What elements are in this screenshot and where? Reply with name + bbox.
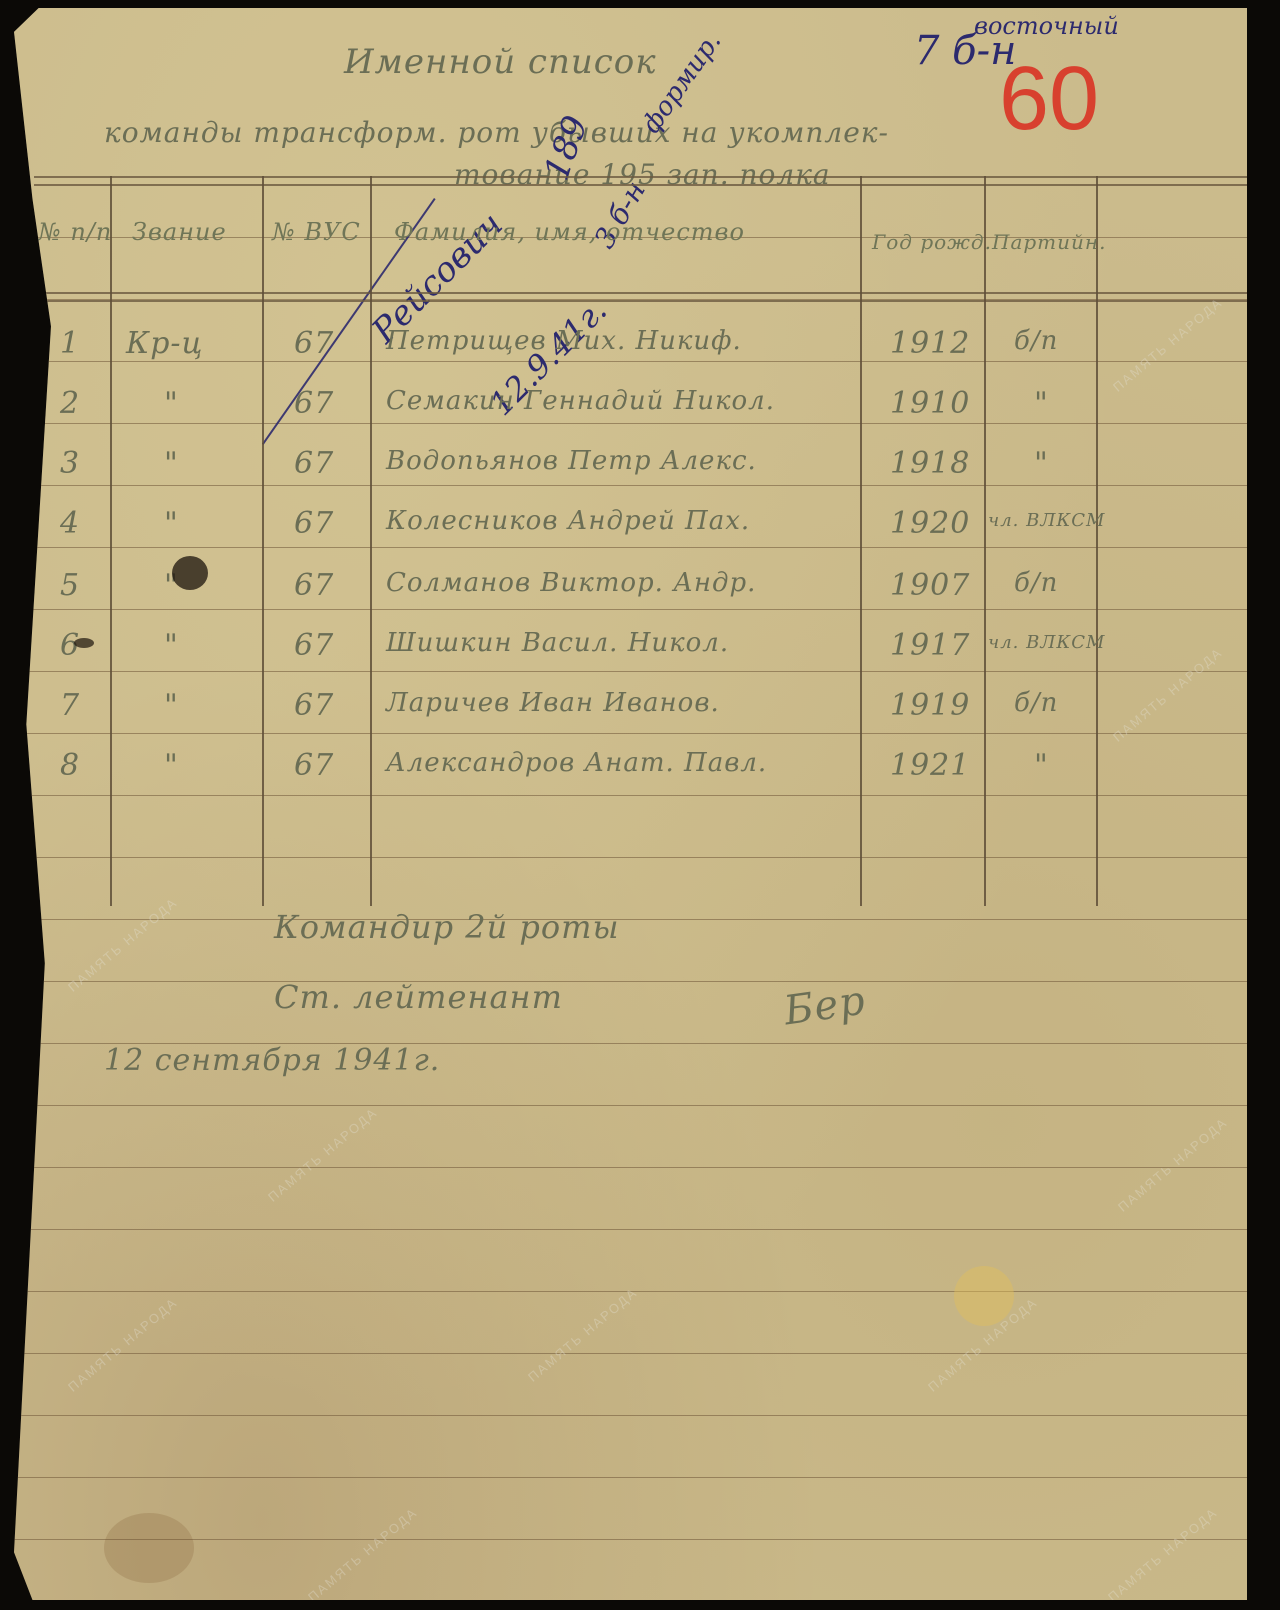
row-name: Петрищев Мих. Никиф. — [386, 326, 742, 356]
row-rank: " — [164, 446, 179, 481]
table-header-rule-2 — [34, 300, 1247, 302]
table-header-rule — [34, 292, 1247, 294]
row-num: 2 — [60, 386, 80, 421]
header-rank: Звание — [132, 218, 227, 246]
row-party: " — [1034, 446, 1049, 481]
row-vus: 67 — [294, 386, 334, 421]
row-vus: 67 — [294, 688, 334, 723]
row-rank: " — [164, 688, 179, 723]
table-top-rule — [34, 176, 1247, 178]
row-vus: 67 — [294, 326, 334, 361]
row-name: Александров Анат. Павл. — [386, 748, 767, 778]
row-vus: 67 — [294, 446, 334, 481]
row-vus: 67 — [294, 628, 334, 663]
row-rank: " — [164, 386, 179, 421]
row-num: 3 — [60, 446, 80, 481]
row-num: 4 — [60, 506, 80, 541]
row-num: 5 — [60, 568, 80, 603]
row-year: 1918 — [890, 446, 970, 481]
row-party: " — [1034, 748, 1049, 783]
row-year: 1917 — [890, 628, 970, 663]
row-vus: 67 — [294, 748, 334, 783]
footer-rank: Ст. лейтенант — [274, 978, 563, 1016]
col-divider-2 — [262, 176, 264, 906]
row-name: Семакин Геннадий Никол. — [386, 386, 775, 416]
row-year: 1921 — [890, 748, 970, 783]
header-name: Фамилия, имя, отчество — [394, 218, 745, 246]
header-year: Год рожд. — [872, 230, 992, 254]
document-sheet: Именной список команды трансформ. рот уб… — [14, 8, 1247, 1600]
row-vus: 67 — [294, 568, 334, 603]
row-party: б/п — [1014, 688, 1058, 718]
col-divider-5 — [984, 176, 986, 906]
header-vus: № ВУС — [272, 218, 361, 246]
row-year: 1919 — [890, 688, 970, 723]
col-divider-4 — [860, 176, 862, 906]
row-year: 1920 — [890, 506, 970, 541]
battalion-top-annotation: восточный — [974, 12, 1119, 40]
footer-commander: Командир 2й роты — [274, 908, 620, 946]
header-num: № п/п — [38, 218, 112, 246]
red-folio-number: 60 — [999, 48, 1099, 151]
row-num: 8 — [60, 748, 80, 783]
row-num: 7 — [60, 688, 80, 723]
row-vus: 67 — [294, 506, 334, 541]
row-name: Колесников Андрей Пах. — [386, 506, 750, 536]
row-name: Шишкин Васил. Никол. — [386, 628, 729, 658]
row-party: " — [1034, 386, 1049, 421]
row-rank: " — [164, 628, 179, 663]
paper-tear — [74, 638, 94, 648]
col-divider-1 — [110, 176, 112, 906]
brown-stain — [104, 1513, 194, 1583]
row-party: б/п — [1014, 568, 1058, 598]
row-name: Ларичев Иван Иванов. — [386, 688, 720, 718]
row-year: 1910 — [890, 386, 970, 421]
col-divider-3 — [370, 176, 372, 906]
row-party: чл. ВЛКСМ — [988, 632, 1105, 653]
footer-date: 12 сентября 1941г. — [104, 1043, 440, 1078]
table-top-rule-2 — [34, 184, 1247, 186]
row-year: 1912 — [890, 326, 970, 361]
col-divider-6 — [1096, 176, 1098, 906]
row-name: Солманов Виктор. Андр. — [386, 568, 756, 598]
row-rank: " — [164, 748, 179, 783]
document-title: Именной список — [344, 42, 657, 82]
header-party: Партийн. — [992, 230, 1106, 254]
row-party: чл. ВЛКСМ — [988, 510, 1105, 531]
row-rank: " — [164, 506, 179, 541]
row-name: Водопьянов Петр Алекс. — [386, 446, 757, 476]
document-subtitle-line1: команды трансформ. рот убывших на укомпл… — [104, 116, 889, 149]
row-year: 1907 — [890, 568, 970, 603]
row-rank: Кр-ц — [126, 326, 204, 361]
row-num: 1 — [60, 326, 80, 361]
paper-hole — [172, 556, 208, 590]
row-party: б/п — [1014, 326, 1058, 356]
